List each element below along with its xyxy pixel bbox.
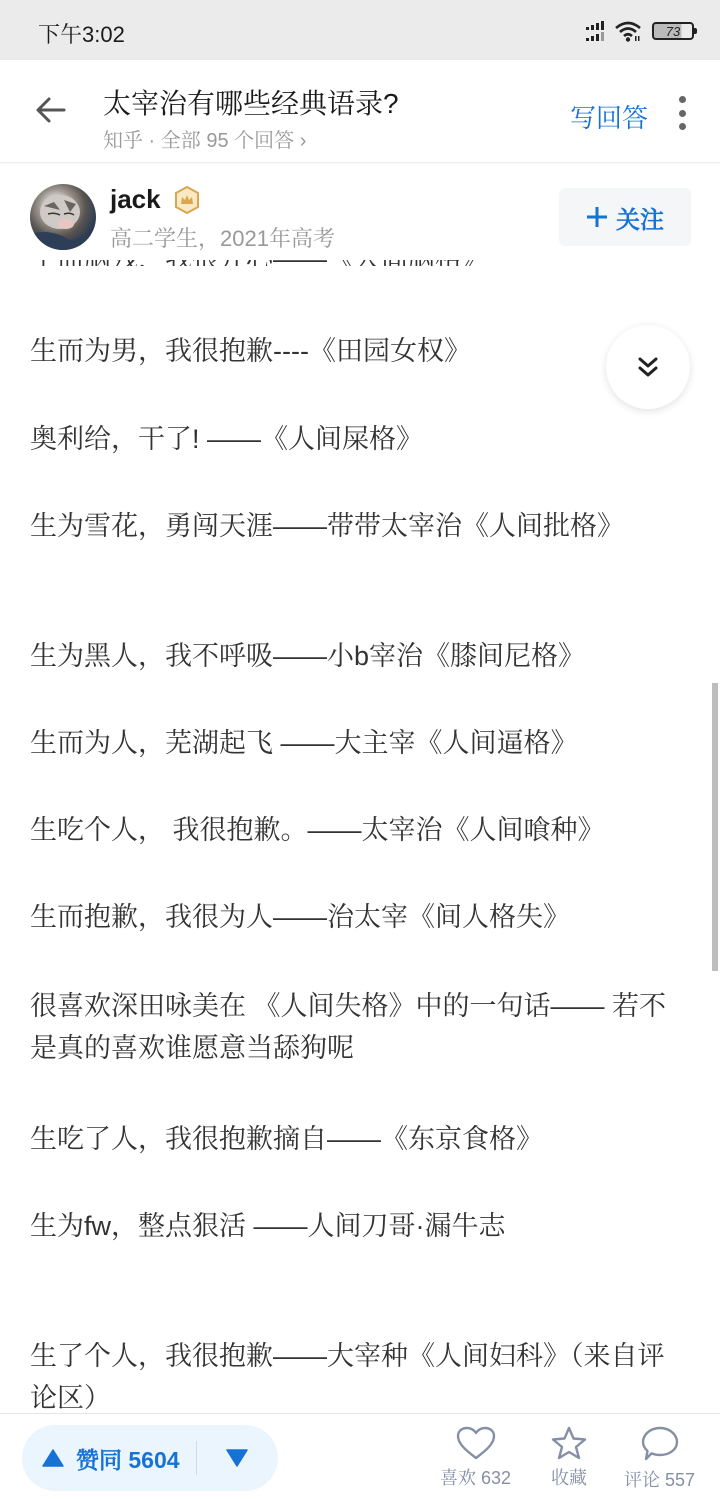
paragraph: 奥利给，干了! ——《人间屎格》 xyxy=(30,418,690,460)
battery-level: 73 xyxy=(666,24,680,39)
signal-icon xyxy=(586,21,604,41)
heart-icon xyxy=(456,1426,496,1460)
paragraph: 生而为人，芜湖起飞 ——大主宰《人间逼格》 xyxy=(30,722,690,764)
back-button[interactable] xyxy=(30,90,70,130)
paragraph: 很喜欢深田咏美在 《人间失格》中的一句话—— 若不是真的喜欢谁愿意当舔狗呢 xyxy=(30,985,690,1069)
paragraph: 生为黑人，我不呼吸——小b宰治《膝间尼格》 xyxy=(30,635,690,677)
vote-group: 赞同 5604 xyxy=(22,1425,278,1491)
paragraph: 生为fw，整点狠活 ——人间刀哥·漏牛志 xyxy=(30,1205,690,1247)
like-label: 喜欢 632 xyxy=(440,1464,511,1490)
status-icons: 73 xyxy=(586,20,694,42)
triangle-down-icon xyxy=(226,1449,248,1467)
crown-badge-icon xyxy=(174,186,200,214)
follow-label: 关注 xyxy=(616,200,664,235)
status-time: 下午3:02 xyxy=(38,18,125,49)
paragraph: 生吃个人， 我很抱歉。——太宰治《人间喰种》 xyxy=(30,809,690,851)
star-icon xyxy=(550,1426,588,1460)
more-vertical-icon xyxy=(679,96,686,103)
bottom-action-bar: 赞同 5604 喜欢 632 收藏 评论 557 xyxy=(0,1413,720,1499)
vote-up-label: 赞同 5604 xyxy=(76,1442,180,1475)
cat-avatar-image xyxy=(30,184,96,250)
battery-icon: 73 xyxy=(652,22,694,40)
triangle-up-icon xyxy=(42,1449,64,1467)
author-description: 高二学生，2021年高考 xyxy=(110,222,335,253)
like-button[interactable]: 喜欢 632 xyxy=(440,1426,511,1490)
favorite-button[interactable]: 收藏 xyxy=(550,1426,588,1490)
follow-button[interactable]: 关注 xyxy=(559,188,691,246)
paragraph: 生了个人，我很抱歉——大宰种《人间妇科》（来自评论区） xyxy=(30,1335,690,1413)
status-bar: 下午3:02 73 xyxy=(0,0,720,60)
paragraph: 生吃了人，我很抱歉摘自——《东京食格》 xyxy=(30,1118,690,1160)
avatar[interactable] xyxy=(30,184,96,250)
arrow-left-icon xyxy=(34,96,66,124)
scrollbar[interactable] xyxy=(712,683,718,971)
author-name[interactable]: jack xyxy=(110,184,161,215)
paragraph: 生而抱歉，我很为人——治太宰《间人格失》 xyxy=(30,896,690,938)
chevron-double-down-icon xyxy=(637,356,659,378)
comment-label: 评论 557 xyxy=(624,1466,695,1492)
paragraph: 生为雪花，勇闯天涯——带带太宰治《人间批格》 xyxy=(30,505,690,547)
comment-icon xyxy=(641,1426,679,1462)
vote-down-button[interactable] xyxy=(197,1425,278,1491)
more-button[interactable] xyxy=(676,96,688,130)
author-bar: jack 高二学生，2021年高考 关注 xyxy=(0,164,720,260)
comment-button[interactable]: 评论 557 xyxy=(624,1426,695,1492)
question-title[interactable]: 太宰治有哪些经典语录? xyxy=(103,82,399,122)
write-answer-button[interactable]: 写回答 xyxy=(570,98,648,135)
question-header: 太宰治有哪些经典语录? 知乎 · 全部 95 个回答 › 写回答 xyxy=(0,60,720,163)
wifi-icon xyxy=(614,20,642,42)
next-answer-button[interactable] xyxy=(606,325,690,409)
plus-icon xyxy=(586,206,608,228)
favorite-label: 收藏 xyxy=(551,1464,587,1490)
paragraph: 生而为男，我很抱歉----《田园女权》 xyxy=(30,330,690,372)
vote-up-button[interactable]: 赞同 5604 xyxy=(22,1425,180,1491)
all-answers-link[interactable]: 知乎 · 全部 95 个回答 › xyxy=(103,124,306,153)
